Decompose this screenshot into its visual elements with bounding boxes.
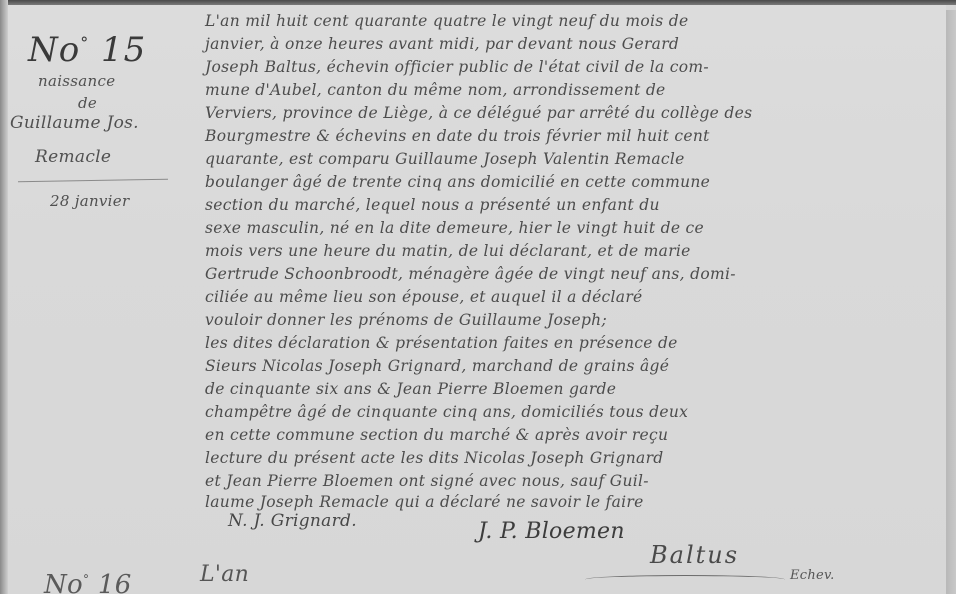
entry-number: No° 15 (28, 30, 146, 70)
body-line-15: les dites déclaration & présentation fai… (205, 334, 678, 352)
body-line-17: de cinquante six ans & Jean Pierre Bloem… (205, 380, 616, 398)
body-line-1: L'an mil huit cent quarante quatre le vi… (205, 12, 688, 30)
body-line-22: laume Joseph Remacle qui a déclaré ne sa… (205, 493, 644, 511)
body-line-14: vouloir donner les prénoms de Guillaume … (205, 311, 607, 329)
body-line-13: ciliée au même lieu son épouse, et auque… (205, 288, 643, 306)
margin-line-of: de (78, 94, 97, 112)
signature-grignard: N. J. Grignard. (228, 511, 357, 531)
margin-line-birth: naissance (38, 72, 115, 90)
body-line-21: et Jean Pierre Bloemen ont signé avec no… (205, 472, 649, 490)
body-line-3: Joseph Baltus, échevin officier public d… (205, 58, 709, 76)
entry-number-prefix: No (28, 30, 80, 70)
entry-number-value: 15 (101, 30, 146, 70)
margin-child-surname: Remacle (35, 147, 111, 167)
body-line-2: janvier, à onze heures avant midi, par d… (205, 35, 679, 53)
next-entry-number-prefix: No (44, 570, 83, 594)
body-line-9: section du marché, lequel nous a présent… (205, 196, 660, 214)
body-line-7: quarante, est comparu Guillaume Joseph V… (205, 150, 685, 168)
body-line-11: mois vers une heure du matin, de lui déc… (205, 242, 691, 260)
next-entry-number-value: 16 (98, 570, 132, 594)
body-line-18: champêtre âgé de cinquante cinq ans, dom… (205, 403, 688, 421)
body-line-10: sexe masculin, né en la dite demeure, hi… (205, 219, 704, 237)
body-line-5: Verviers, province de Liège, à ce délégu… (205, 104, 752, 122)
next-entry-number: No° 16 (44, 570, 132, 594)
signature-flourish (585, 575, 785, 584)
body-line-6: Bourgmestre & échevins en date du trois … (205, 127, 710, 145)
body-line-19: en cette commune section du marché & apr… (205, 426, 668, 444)
body-line-16: Sieurs Nicolas Joseph Grignard, marchand… (205, 357, 669, 375)
body-line-20: lecture du présent acte les dits Nicolas… (205, 449, 664, 467)
scanned-register-page: No° 15 naissance de Guillaume Jos. Remac… (0, 0, 956, 594)
next-entry-start: L'an (200, 562, 249, 587)
body-line-4: mune d'Aubel, canton du même nom, arrond… (205, 81, 666, 99)
margin-date: 28 janvier (50, 192, 129, 210)
signature-officer: Baltus (650, 541, 739, 569)
body-line-12: Gertrude Schoonbroodt, ménagère âgée de … (205, 265, 736, 283)
officer-title: Echev. (790, 568, 835, 583)
body-line-8: boulanger âgé de trente cinq ans domicil… (205, 173, 710, 191)
page-right-edge (946, 10, 956, 594)
signature-bloemen: J. P. Bloemen (478, 519, 625, 544)
binding-edge (0, 0, 8, 594)
margin-child-given-names: Guillaume Jos. (10, 113, 139, 133)
